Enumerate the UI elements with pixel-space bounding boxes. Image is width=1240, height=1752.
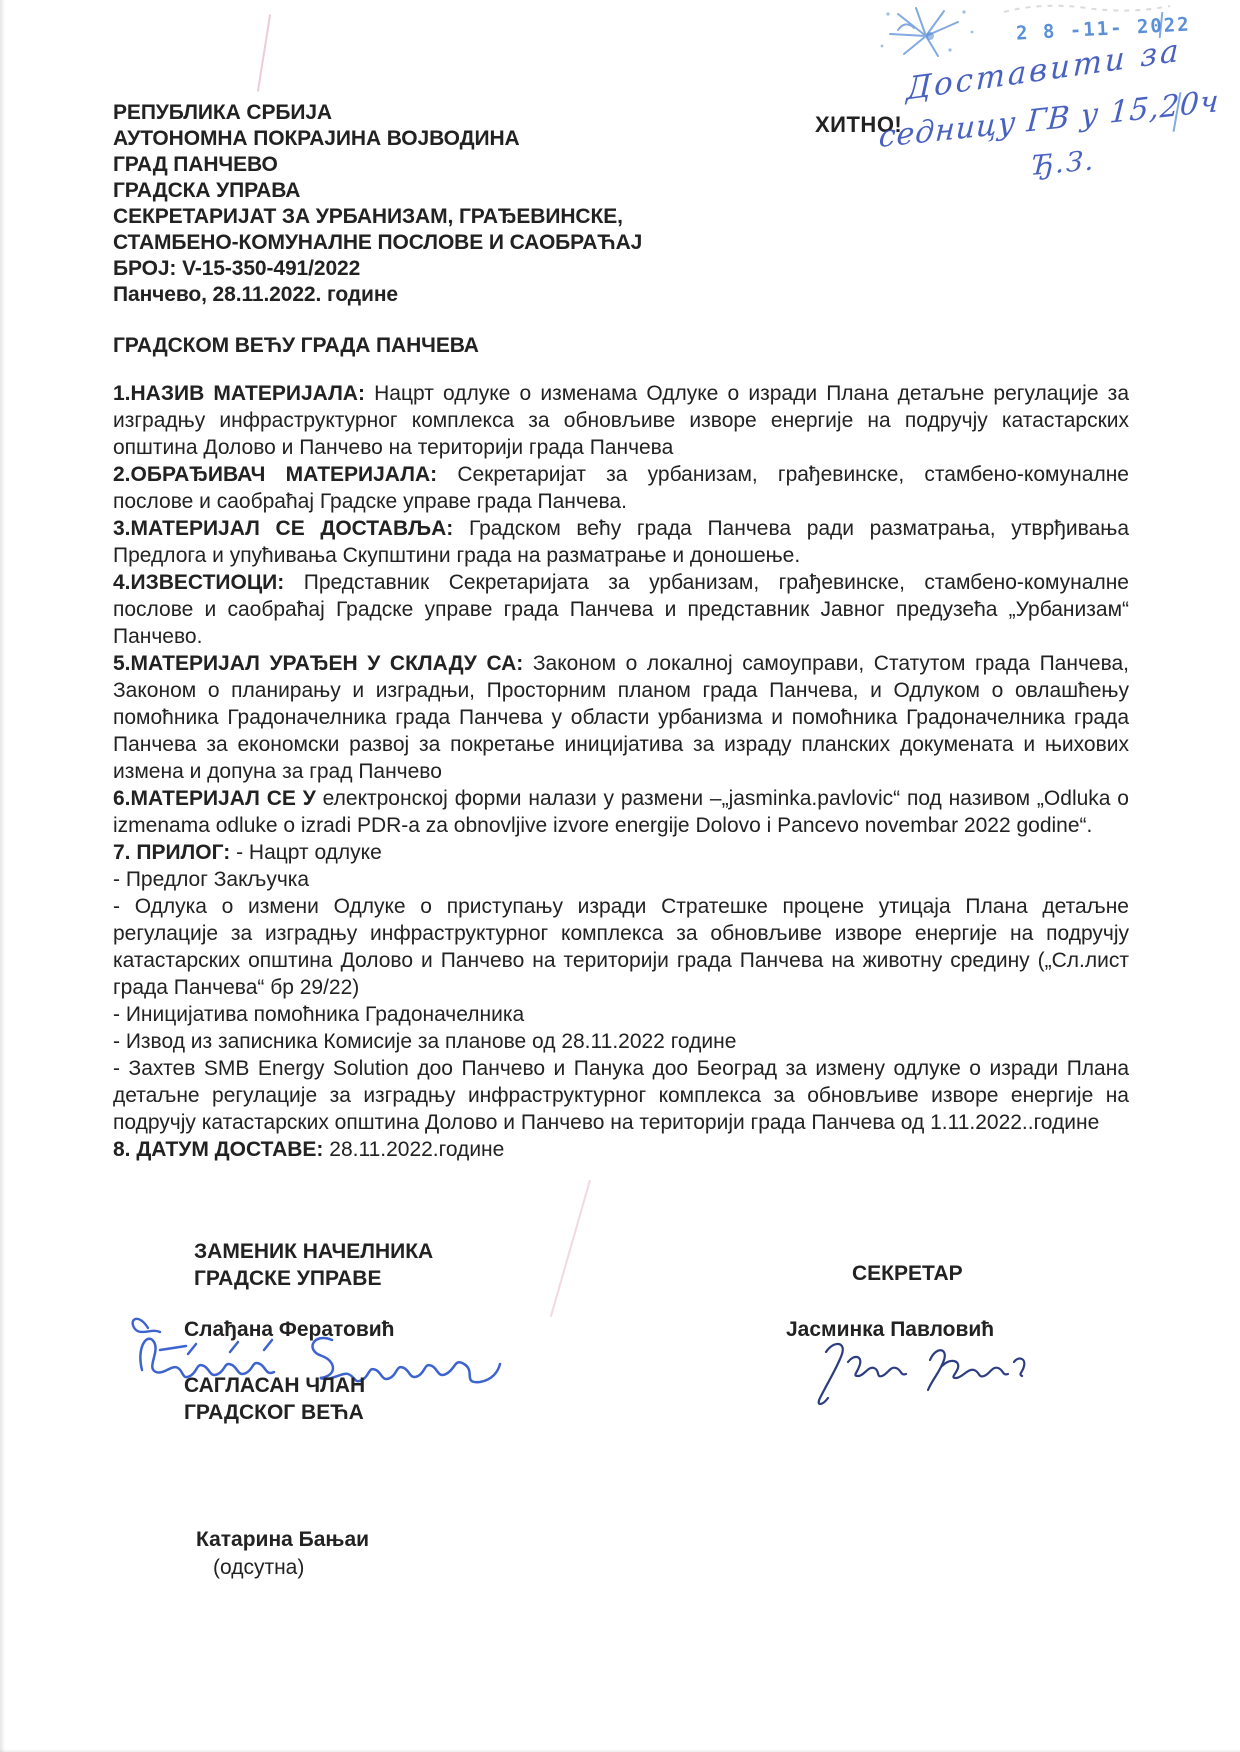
paragraph-7: 7. ПРИЛОГ: - Нацрт одлуке xyxy=(113,839,1129,866)
case-number: БРОЈ: V-15-350-491/2022 xyxy=(113,256,642,282)
signer-title-right: СЕКРЕТАР xyxy=(852,1262,963,1286)
absent-member-note: (одсутна) xyxy=(213,1556,304,1580)
document-page: РЕПУБЛИКА СРБИЈА АУТОНОМНА ПОКРАЈИНА ВОЈ… xyxy=(0,0,1240,1752)
paragraph-8: 8. ДАТУМ ДОСТАВЕ: 28.11.2022.године xyxy=(113,1136,1129,1163)
attachment-item: - Извод из записника Комисије за планове… xyxy=(113,1028,1129,1055)
letterhead-line: РЕПУБЛИКА СРБИЈА xyxy=(113,100,642,126)
paragraph-label: 4.ИЗВЕСТИОЦИ: xyxy=(113,571,284,594)
paragraph-text: - Иницијатива помоћника Градоначелника xyxy=(113,1003,524,1026)
letterhead-line: ГРАД ПАНЧЕВО xyxy=(113,152,642,178)
paragraph-5: 5.МАТЕРИЈАЛ УРАЂЕН У СКЛАДУ СА: Законом … xyxy=(113,650,1129,785)
handwritten-signature-right xyxy=(792,1332,1032,1412)
paragraph-1: 1.НАЗИВ МАТЕРИЈАЛА: Нацрт одлуке о измен… xyxy=(113,380,1129,461)
letterhead-line: СТАМБЕНО-КОМУНАЛНЕ ПОСЛОВЕ И САОБРАЋАЈ xyxy=(113,230,642,256)
letterhead-line: АУТОНОМНА ПОКРАЈИНА ВОЈВОДИНА xyxy=(113,126,642,152)
scan-crease xyxy=(257,14,271,91)
attachment-item: - Захтев SMB Energy Solution доо Панчево… xyxy=(113,1055,1129,1136)
paragraph-text: - Извод из записника Комисије за планове… xyxy=(113,1030,736,1053)
attachment-item: - Иницијатива помоћника Градоначелника xyxy=(113,1001,1129,1028)
letterhead-line: ГРАДСКА УПРАВА xyxy=(113,178,642,204)
scan-edge-left xyxy=(0,0,5,1752)
signer-title-line: ГРАДСКЕ УПРАВЕ xyxy=(194,1265,433,1292)
paragraph-label: 7. ПРИЛОГ: xyxy=(113,841,230,864)
paragraph-label: 8. ДАТУМ ДОСТАВЕ: xyxy=(113,1138,323,1161)
paragraph-6: 6.МАТЕРИЈАЛ СЕ У електронској форми нала… xyxy=(113,785,1129,839)
attachment-item: - Предлог Закључка xyxy=(113,866,1129,893)
paragraph-label: 2.ОБРАЂИВАЧ МАТЕРИЈАЛА: xyxy=(113,463,437,486)
addressee-title: ГРАДСКОМ ВЕЋУ ГРАДА ПАНЧЕВА xyxy=(113,334,479,358)
paragraph-label: 5.МАТЕРИЈАЛ УРАЂЕН У СКЛАДУ СА: xyxy=(113,652,523,675)
paragraph-label: 3.МАТЕРИЈАЛ СЕ ДОСТАВЉА: xyxy=(113,517,453,540)
absent-member-name: Катарина Бањаи xyxy=(196,1528,369,1552)
signer-title-left: ЗАМЕНИК НАЧЕЛНИКА ГРАДСКЕ УПРАВЕ xyxy=(194,1238,433,1292)
document-body: 1.НАЗИВ МАТЕРИЈАЛА: Нацрт одлуке о измен… xyxy=(113,380,1129,1163)
paragraph-text: 28.11.2022.године xyxy=(329,1138,504,1161)
paragraph-label: 1.НАЗИВ МАТЕРИЈАЛА: xyxy=(113,382,365,405)
scan-crease xyxy=(550,1180,591,1317)
agreement-note: САГЛАСАН ЧЛАН ГРАДСКОГ ВЕЋА xyxy=(184,1372,365,1426)
paragraph-3: 3.МАТЕРИЈАЛ СЕ ДОСТАВЉА: Градском већу г… xyxy=(113,515,1129,569)
paragraph-text: - Захтев SMB Energy Solution доо Панчево… xyxy=(113,1057,1129,1134)
agreement-line: САГЛАСАН ЧЛАН xyxy=(184,1372,365,1399)
paragraph-2: 2.ОБРАЂИВАЧ МАТЕРИЈАЛА: Секретаријат за … xyxy=(113,461,1129,515)
paragraph-text: - Предлог Закључка xyxy=(113,868,309,891)
signer-title-line: ЗАМЕНИК НАЧЕЛНИКА xyxy=(194,1238,433,1265)
paragraph-4: 4.ИЗВЕСТИОЦИ: Представник Секретаријата … xyxy=(113,569,1129,650)
letterhead-date: Панчево, 28.11.2022. године xyxy=(113,282,642,308)
letterhead: РЕПУБЛИКА СРБИЈА АУТОНОМНА ПОКРАЈИНА ВОЈ… xyxy=(113,100,642,308)
paragraph-label: 6.МАТЕРИЈАЛ СЕ У xyxy=(113,787,316,810)
paragraph-text: - Одлука о измени Одлуке о приступању из… xyxy=(113,895,1129,999)
paragraph-text: - Нацрт одлуке xyxy=(236,841,382,864)
handwritten-note-line3: Ђ.З. xyxy=(1031,145,1096,182)
attachment-item: - Одлука о измени Одлуке о приступању из… xyxy=(113,893,1129,1001)
agreement-line: ГРАДСКОГ ВЕЋА xyxy=(184,1399,365,1426)
letterhead-line: СЕКРЕТАРИЈАТ ЗА УРБАНИЗАМ, ГРАЂЕВИНСКЕ, xyxy=(113,204,642,230)
